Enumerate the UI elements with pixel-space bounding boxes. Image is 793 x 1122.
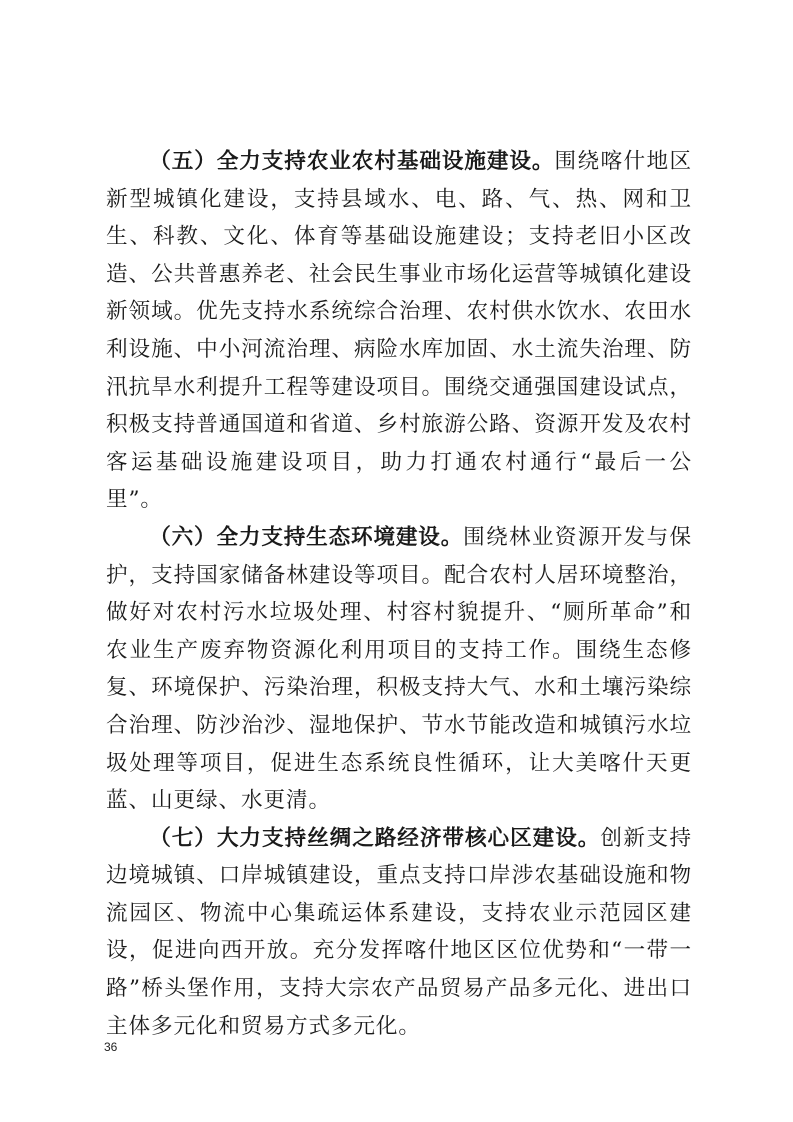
section-seven-heading: （七）大力支持丝绸之路经济带核心区建设。 [149, 826, 600, 851]
page-number: 36 [104, 1040, 117, 1054]
section-six-body: 围绕林业资源开发与保护，支持国家储备林建设等项目。配合农村人居环境整治，做好对农… [106, 525, 692, 813]
section-five-heading: （五）全力支持农业农村基础设施建设。 [149, 149, 554, 174]
section-seven-body: 创新支持边境城镇、口岸城镇建设，重点支持口岸涉农基础设施和物流园区、物流中心集疏… [106, 826, 692, 1039]
section-five-paragraph: （五）全力支持农业农村基础设施建设。围绕喀什地区新型城镇化建设，支持县域水、电、… [106, 143, 692, 519]
section-six-paragraph: （六）全力支持生态环境建设。围绕林业资源开发与保护，支持国家储备林建设等项目。配… [106, 519, 692, 820]
section-seven-paragraph: （七）大力支持丝绸之路经济带核心区建设。创新支持边境城镇、口岸城镇建设，重点支持… [106, 820, 692, 1046]
section-five-body: 围绕喀什地区新型城镇化建设，支持县域水、电、路、气、热、网和卫生、科教、文化、体… [106, 149, 692, 512]
document-body: （五）全力支持农业农村基础设施建设。围绕喀什地区新型城镇化建设，支持县域水、电、… [106, 143, 692, 1045]
section-six-heading: （六）全力支持生态环境建设。 [149, 525, 463, 550]
